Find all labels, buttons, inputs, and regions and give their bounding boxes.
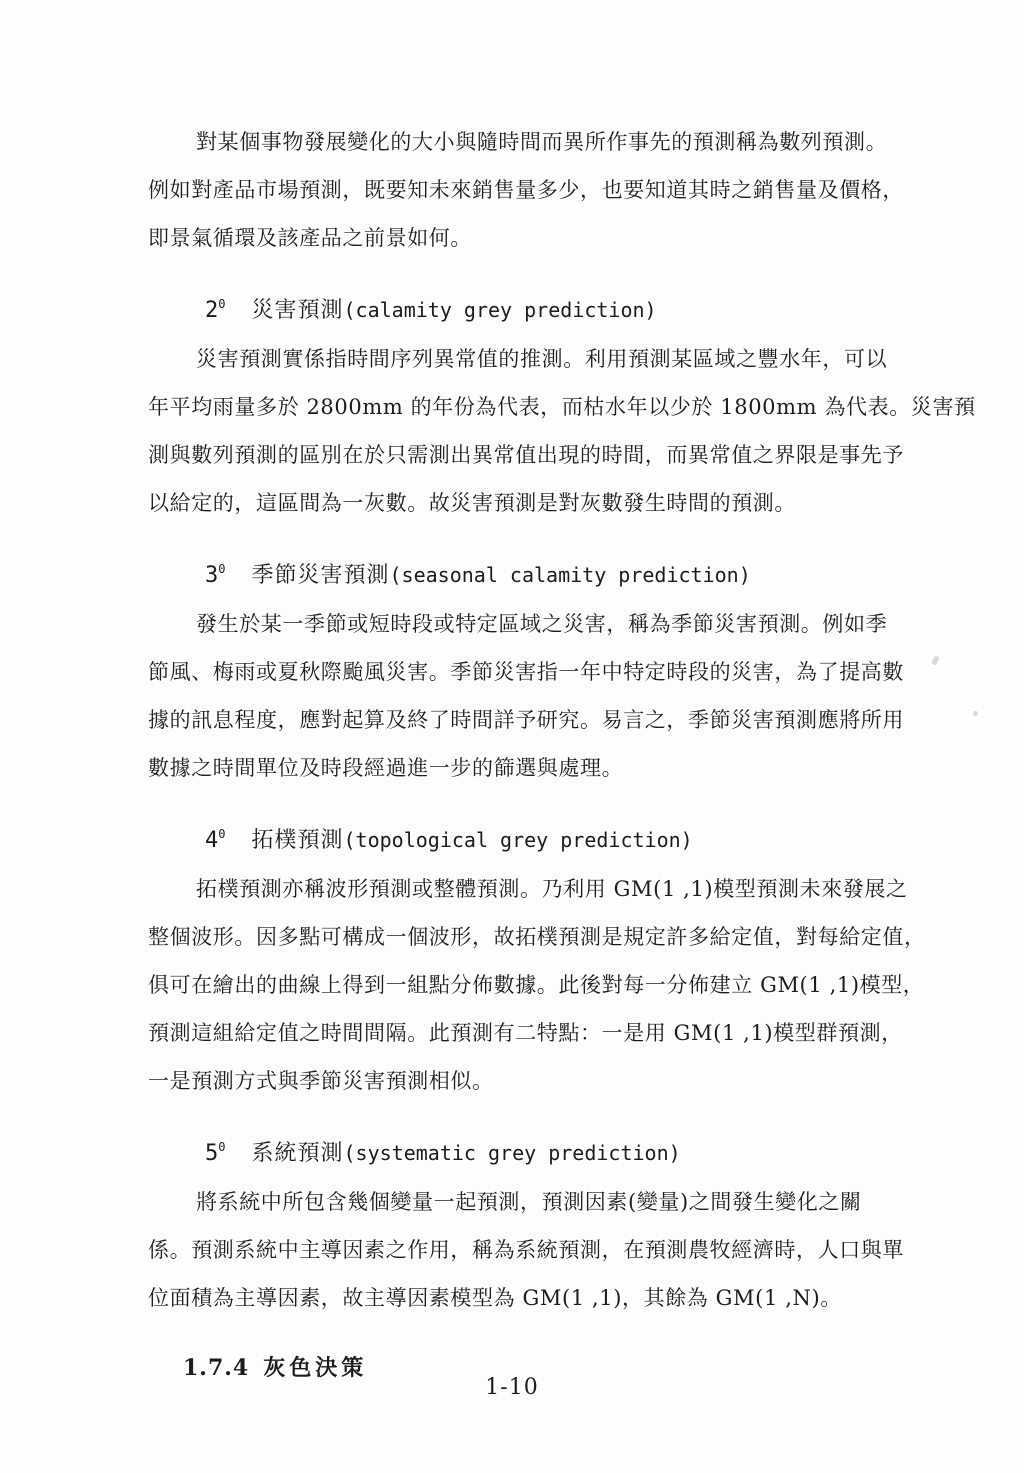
section-title-zh: 系統預測: [251, 1141, 343, 1166]
section-systematic-prediction: 50系統預測(systematic grey prediction) 將系統中所…: [148, 1123, 912, 1322]
body-line: 係。預測系統中主導因素之作用，稱為系統預測，在預測農牧經濟時，人口與單: [148, 1226, 912, 1274]
section-title-en: (calamity grey prediction): [344, 298, 657, 322]
body-line: 預測這組給定值之時間間隔。此預測有二特點：一是用 GM(1 ,1)模型群預測，: [148, 1009, 912, 1057]
section-heading: 20災害預測(calamity grey prediction): [148, 280, 912, 335]
body-line: 一是預測方式與季節災害預測相似。: [148, 1057, 912, 1105]
body-line: 將系統中所包含幾個變量一起預測，預測因素(變量)之間發生變化之關: [148, 1178, 912, 1226]
body-line: 整個波形。因多點可構成一個波形，故拓樸預測是規定許多給定值，對每給定值，: [148, 913, 912, 961]
section-number: 50: [205, 1141, 225, 1166]
section-calamity-prediction: 20災害預測(calamity grey prediction) 災害預測實係指…: [148, 280, 912, 527]
section-number: 20: [205, 298, 225, 323]
superscript-zero: 0: [218, 297, 225, 311]
body-line: 據的訊息程度，應對起算及終了時間詳予研究。易言之，季節災害預測應將所用: [148, 696, 912, 744]
section-title-zh: 災害預測: [251, 298, 343, 323]
intro-line: 即景氣循環及該產品之前景如何。: [148, 214, 912, 262]
section-topological-prediction: 40拓樸預測(topological grey prediction) 拓樸預測…: [148, 810, 912, 1105]
superscript-zero: 0: [218, 827, 225, 841]
section-heading: 30季節災害預測(seasonal calamity prediction): [148, 545, 912, 600]
page-number: 1-10: [0, 1375, 1024, 1400]
page-content: 對某個事物發展變化的大小與隨時間而異所作事先的預測稱為數列預測。 例如對產品市場…: [148, 118, 912, 1392]
intro-paragraph: 對某個事物發展變化的大小與隨時間而異所作事先的預測稱為數列預測。 例如對產品市場…: [148, 118, 912, 262]
document-page: 對某個事物發展變化的大小與隨時間而異所作事先的預測稱為數列預測。 例如對產品市場…: [0, 0, 1024, 1473]
intro-line: 例如對產品市場預測，既要知未來銷售量多少，也要知道其時之銷售量及價格，: [148, 166, 912, 214]
section-title-en: (seasonal calamity prediction): [390, 563, 751, 587]
body-line: 發生於某一季節或短時段或特定區域之災害，稱為季節災害預測。例如季: [148, 600, 912, 648]
body-line: 拓樸預測亦稱波形預測或整體預測。乃利用 GM(1 ,1)模型預測未來發展之: [148, 865, 912, 913]
superscript-zero: 0: [218, 1140, 225, 1154]
section-title-en: (topological grey prediction): [344, 828, 693, 852]
section-title-en: (systematic grey prediction): [344, 1141, 681, 1165]
body-line: 災害預測實係指時間序列異常值的推測。利用預測某區域之豐水年，可以: [148, 335, 912, 383]
scan-speck: [931, 655, 940, 665]
section-number: 40: [205, 828, 225, 853]
superscript-zero: 0: [218, 562, 225, 576]
section-title-zh: 拓樸預測: [251, 828, 343, 853]
section-heading: 50系統預測(systematic grey prediction): [148, 1123, 912, 1178]
body-line: 測與數列預測的區別在於只需測出異常值出現的時間，而異常值之界限是事先予: [148, 431, 912, 479]
section-seasonal-calamity-prediction: 30季節災害預測(seasonal calamity prediction) 發…: [148, 545, 912, 792]
body-line: 位面積為主導因素，故主導因素模型為 GM(1 ,1)，其餘為 GM(1 ,N)。: [148, 1274, 912, 1322]
section-title-zh: 季節災害預測: [251, 563, 389, 588]
section-number: 30: [205, 563, 225, 588]
body-line: 以給定的，這區間為一灰數。故災害預測是對灰數發生時間的預測。: [148, 479, 912, 527]
body-line: 數據之時間單位及時段經過進一步的篩選與處理。: [148, 744, 912, 792]
body-line: 節風、梅雨或夏秋際颱風災害。季節災害指一年中特定時段的災害，為了提高數: [148, 648, 912, 696]
scan-speck: [973, 711, 978, 716]
body-line: 年平均雨量多於 2800mm 的年份為代表，而枯水年以少於 1800mm 為代表…: [148, 383, 912, 431]
intro-line: 對某個事物發展變化的大小與隨時間而異所作事先的預測稱為數列預測。: [148, 118, 912, 166]
body-line: 俱可在繪出的曲線上得到一組點分佈數據。此後對每一分佈建立 GM(1 ,1)模型，: [148, 961, 912, 1009]
section-heading: 40拓樸預測(topological grey prediction): [148, 810, 912, 865]
